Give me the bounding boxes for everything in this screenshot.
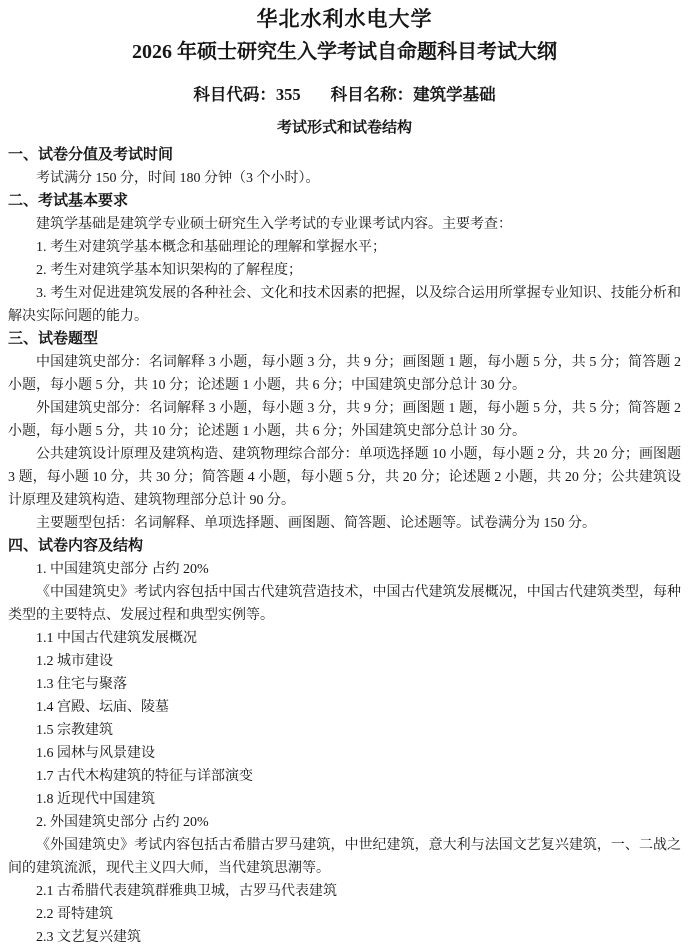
- university-title: 华北水利水电大学: [8, 6, 681, 32]
- paragraph: 公共建筑设计原理及建筑构造、建筑物理综合部分：单项选择题 10 小题，每小题 2…: [8, 443, 681, 512]
- exam-syllabus-document: 华北水利水电大学 2026 年硕士研究生入学考试自命题科目考试大纲 科目代码：3…: [0, 0, 689, 945]
- subject-code: 科目代码：355: [193, 85, 300, 104]
- paragraph: 1.3 住宅与聚落: [8, 673, 681, 696]
- paragraph: 1. 考生对建筑学基本概念和基础理论的理解和掌握水平；: [8, 236, 681, 259]
- paragraph: 1.1 中国古代建筑发展概况: [8, 627, 681, 650]
- subject-line: 科目代码：355科目名称：建筑学基础: [8, 83, 681, 106]
- paragraph: 主要题型包括：名词解释、单项选择题、画图题、简答题、论述题等。试卷满分为 150…: [8, 512, 681, 535]
- paragraph: 建筑学基础是建筑学专业硕士研究生入学考试的专业课考试内容。主要考查：: [8, 213, 681, 236]
- paragraph: 《中国建筑史》考试内容包括中国古代建筑营造技术，中国古代建筑发展概况，中国古代建…: [8, 581, 681, 627]
- paragraph: 考试满分 150 分，时间 180 分钟（3 个小时）。: [8, 167, 681, 190]
- section-heading: 三、试卷题型: [8, 328, 681, 351]
- paragraph: 1.5 宗教建筑: [8, 719, 681, 742]
- paragraph: 外国建筑史部分：名词解释 3 小题，每小题 3 分，共 9 分；画图题 1 题，…: [8, 397, 681, 443]
- section-4: 四、试卷内容及结构1. 中国建筑史部分 占约 20%《中国建筑史》考试内容包括中…: [8, 535, 681, 945]
- section-2: 二、考试基本要求建筑学基础是建筑学专业硕士研究生入学考试的专业课考试内容。主要考…: [8, 190, 681, 328]
- paragraph: 2.1 古希腊代表建筑群雅典卫城，古罗马代表建筑: [8, 880, 681, 903]
- paragraph: 2.2 哥特建筑: [8, 903, 681, 926]
- paragraph: 1.2 城市建设: [8, 650, 681, 673]
- paragraph: 2.3 文艺复兴建筑: [8, 926, 681, 945]
- section-3: 三、试卷题型中国建筑史部分：名词解释 3 小题，每小题 3 分，共 9 分；画图…: [8, 328, 681, 535]
- section-heading: 四、试卷内容及结构: [8, 535, 681, 558]
- document-subtitle: 2026 年硕士研究生入学考试自命题科目考试大纲: [8, 39, 681, 66]
- paragraph: 1.6 园林与风景建设: [8, 742, 681, 765]
- paragraph: 中国建筑史部分：名词解释 3 小题，每小题 3 分，共 9 分；画图题 1 题，…: [8, 351, 681, 397]
- paragraph: 1.7 古代木构建筑的特征与详部演变: [8, 765, 681, 788]
- section-1: 一、试卷分值及考试时间考试满分 150 分，时间 180 分钟（3 个小时）。: [8, 144, 681, 190]
- section-heading: 二、考试基本要求: [8, 190, 681, 213]
- paragraph: 1.4 宫殿、坛庙、陵墓: [8, 696, 681, 719]
- paragraph: 1. 中国建筑史部分 占约 20%: [8, 558, 681, 581]
- paragraph: 2. 外国建筑史部分 占约 20%: [8, 811, 681, 834]
- subject-name: 科目名称：建筑学基础: [331, 85, 496, 104]
- document-body: 一、试卷分值及考试时间考试满分 150 分，时间 180 分钟（3 个小时）。二…: [8, 144, 681, 945]
- section-heading: 一、试卷分值及考试时间: [8, 144, 681, 167]
- paragraph: 1.8 近现代中国建筑: [8, 788, 681, 811]
- paragraph: 3. 考生对促进建筑发展的各种社会、文化和技术因素的把握，以及综合运用所掌握专业…: [8, 282, 681, 328]
- paragraph: 2. 考生对建筑学基本知识架构的了解程度；: [8, 259, 681, 282]
- exam-structure-heading: 考试形式和试卷结构: [8, 118, 681, 139]
- paragraph: 《外国建筑史》考试内容包括古希腊古罗马建筑，中世纪建筑，意大利与法国文艺复兴建筑…: [8, 834, 681, 880]
